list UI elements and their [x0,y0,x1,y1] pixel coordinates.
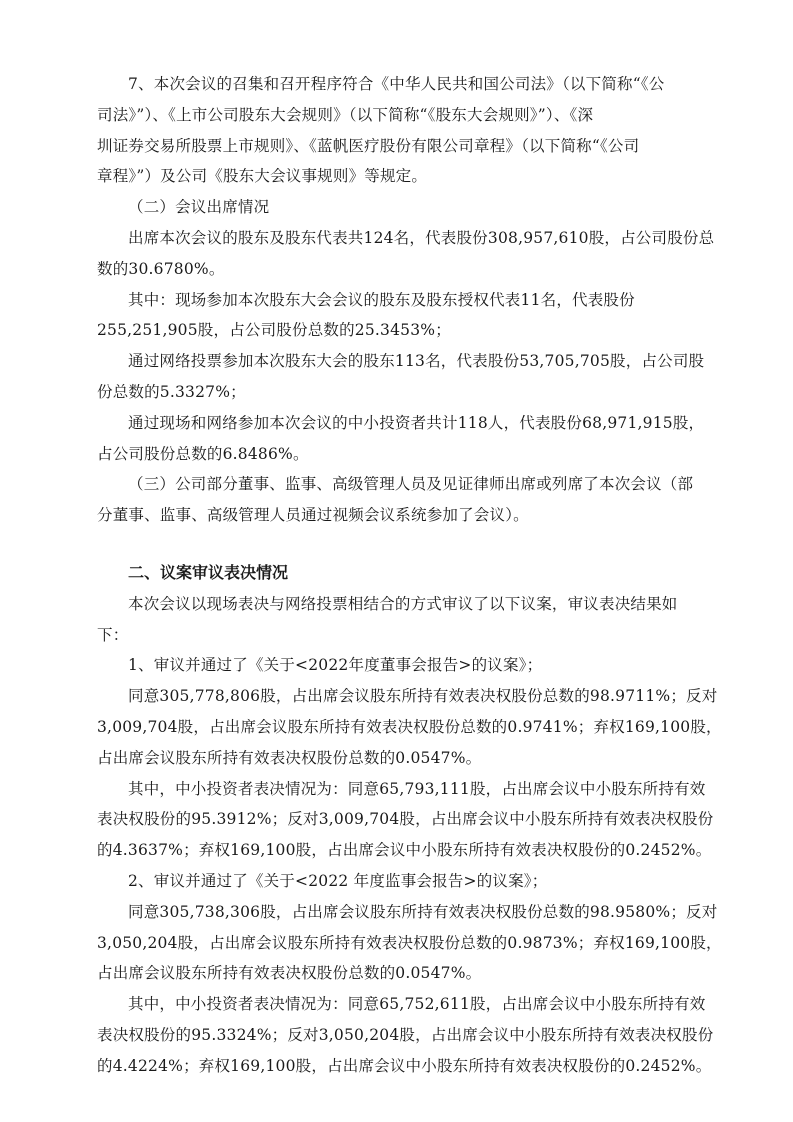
meeting-attendance-section: 7、本次会议的召集和召开程序符合《中华人民共和国公司法》（以下简称“《公司法》”… [97,69,699,531]
text-line: 表决权股份的95.3912%；反对3,009,704股，占出席会议中小股东所持有… [97,804,699,835]
text-line: 的4.4224%；弃权169,100股，占出席会议中小股东所持有效表决权股份的0… [97,1051,699,1082]
document-page: 7、本次会议的召集和召开程序符合《中华人民共和国公司法》（以下简称“《公司法》”… [97,69,699,1082]
paragraph-attend-total: 出席本次会议的股东及股东代表共124名，代表股份308,957,610股，占公司… [97,223,699,285]
text-line: 1、审议并通过了《关于<2022年度董事会报告>的议案》； [97,650,699,681]
text-line: （三）公司部分董事、监事、高级管理人员及见证律师出席或列席了本次会议（部 [97,469,699,500]
text-line: 份总数的5.3327%； [97,377,699,408]
paragraph-m2-minor: 其中，中小投资者表决情况为：同意65,752,611股，占出席会议中小股东所持有… [97,989,699,1081]
text-line: 表决权股份的95.3324%；反对3,050,204股，占出席会议中小股东所持有… [97,1020,699,1051]
text-line: 章程》”）及公司《股东大会议事规则》等规定。 [97,161,699,192]
text-line: 出席本次会议的股东及股东代表共124名，代表股份308,957,610股，占公司… [97,223,699,254]
text-line: 数的30.6780%。 [97,254,699,285]
text-line: 3,050,204股，占出席会议股东所持有效表决权股份总数的0.9873%；弃权… [97,928,699,959]
resolution-voting-section: 本次会议以现场表决与网络投票相结合的方式审议了以下议案，审议表决结果如下：1、审… [97,589,699,1082]
text-line: 其中，中小投资者表决情况为：同意65,752,611股，占出席会议中小股东所持有… [97,989,699,1020]
text-line: 下： [97,620,699,651]
text-line: 7、本次会议的召集和召开程序符合《中华人民共和国公司法》（以下简称“《公 [97,69,699,100]
text-line: 3,009,704股，占出席会议股东所持有效表决权股份总数的0.9741%；弃权… [97,712,699,743]
text-line: （二）会议出席情况 [97,192,699,223]
text-line: 占出席会议股东所持有效表决权股份总数的0.0547%。 [97,743,699,774]
text-line: 圳证券交易所股票上市规则》、《蓝帆医疗股份有限公司章程》（以下简称“《公司 [97,131,699,162]
paragraph-attend-onsite: 其中：现场参加本次股东大会会议的股东及股东授权代表11名，代表股份255,251… [97,285,699,347]
text-line: 通过现场和网络参加本次会议的中小投资者共计118人，代表股份68,971,915… [97,408,699,439]
paragraph-sec2-title: （二）会议出席情况 [97,192,699,223]
text-line: 的4.3637%；弃权169,100股，占出席会议中小股东所持有效表决权股份的0… [97,835,699,866]
text-line: 其中：现场参加本次股东大会会议的股东及股东授权代表11名，代表股份 [97,285,699,316]
text-line: 通过网络投票参加本次股东大会的股东113名，代表股份53,705,705股，占公… [97,346,699,377]
section-gap [97,531,699,558]
text-line: 2、审议并通过了《关于<2022 年度监事会报告>的议案》； [97,866,699,897]
text-line: 占出席会议股东所持有效表决权股份总数的0.0547%。 [97,958,699,989]
paragraph-attend-online: 通过网络投票参加本次股东大会的股东113名，代表股份53,705,705股，占公… [97,346,699,408]
text-line: 其中，中小投资者表决情况为：同意65,793,111股，占出席会议中小股东所持有… [97,774,699,805]
paragraph-sec3: （三）公司部分董事、监事、高级管理人员及见证律师出席或列席了本次会议（部分董事、… [97,469,699,531]
paragraph-attend-minor: 通过现场和网络参加本次会议的中小投资者共计118人，代表股份68,971,915… [97,408,699,470]
paragraph-m1-title: 1、审议并通过了《关于<2022年度董事会报告>的议案》； [97,650,699,681]
text-line: 本次会议以现场表决与网络投票相结合的方式审议了以下议案，审议表决结果如 [97,589,699,620]
text-line: 分董事、监事、高级管理人员通过视频会议系统参加了会议）。 [97,500,699,531]
paragraph-intro: 本次会议以现场表决与网络投票相结合的方式审议了以下议案，审议表决结果如下： [97,589,699,651]
paragraph-m2-title: 2、审议并通过了《关于<2022 年度监事会报告>的议案》； [97,866,699,897]
paragraph-p7: 7、本次会议的召集和召开程序符合《中华人民共和国公司法》（以下简称“《公司法》”… [97,69,699,192]
paragraph-m1-minor: 其中，中小投资者表决情况为：同意65,793,111股，占出席会议中小股东所持有… [97,774,699,866]
paragraph-m2-all: 同意305,738,306股，占出席会议股东所持有效表决权股份总数的98.958… [97,897,699,989]
text-line: 司法》”）、《上市公司股东大会规则》（以下简称“《股东大会规则》”）、《深 [97,100,699,131]
text-line: 同意305,738,306股，占出席会议股东所持有效表决权股份总数的98.958… [97,897,699,928]
section-heading: 二、议案审议表决情况 [97,558,699,589]
text-line: 255,251,905股，占公司股份总数的25.3453%； [97,315,699,346]
text-line: 同意305,778,806股，占出席会议股东所持有效表决权股份总数的98.971… [97,681,699,712]
text-line: 占公司股份总数的6.8486%。 [97,439,699,470]
paragraph-m1-all: 同意305,778,806股，占出席会议股东所持有效表决权股份总数的98.971… [97,681,699,773]
